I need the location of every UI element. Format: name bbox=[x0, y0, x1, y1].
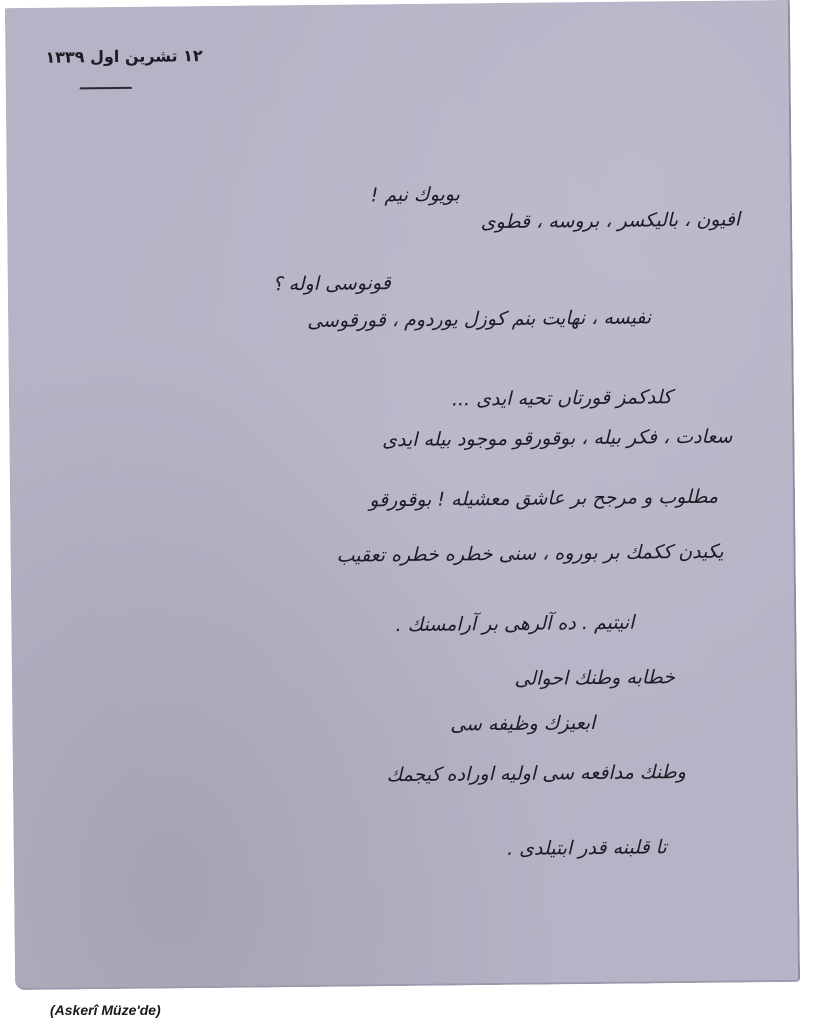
letter-line: ابعيزك وظيفه سى bbox=[450, 712, 596, 736]
letter-line: قونوسى اوله ؟ bbox=[272, 272, 391, 295]
letter-line: مطلوب و مرجح بر عاشق معشيله ! بوقورقو bbox=[369, 486, 718, 512]
letter-line: يكيدن ككمك بر بوروه ، سنى خطره خطره تعقي… bbox=[336, 541, 723, 567]
letter-line: وطنك مدافعه سى اوليه اوراده كيجمك bbox=[386, 761, 686, 786]
letter-line: نفيسه ، نهايت بنم كوزل يوردوم ، قورقوسى bbox=[307, 306, 651, 332]
letter-line: كلدكمز قورتاں تحيه ايدى ... bbox=[452, 386, 672, 410]
letter-line: سعادت ، فكر بيله ، بوقورقو موجود بيله اي… bbox=[382, 426, 733, 452]
letter-line: افيون ، باليكسر ، بروسه ، قطوى bbox=[481, 208, 741, 233]
closing-line: تا قلبنه قدر ابتيلدى . bbox=[507, 836, 667, 860]
letter-date: ١٢ تشرين اول ١٣٣٩ bbox=[45, 46, 202, 67]
letter-line: خطابه وطنك احوالى bbox=[514, 666, 675, 690]
salutation-line: بويوك نيم ! bbox=[371, 183, 460, 206]
letter-sheet: ١٢ تشرين اول ١٣٣٩ بويوك نيم ! افيون ، با… bbox=[5, 0, 800, 990]
letter-line: انيتيم . ده آلرهى بر آرامسنك . bbox=[395, 612, 634, 637]
caption: (Askerî Müze'de) bbox=[50, 1002, 161, 1018]
date-underline bbox=[80, 87, 132, 90]
